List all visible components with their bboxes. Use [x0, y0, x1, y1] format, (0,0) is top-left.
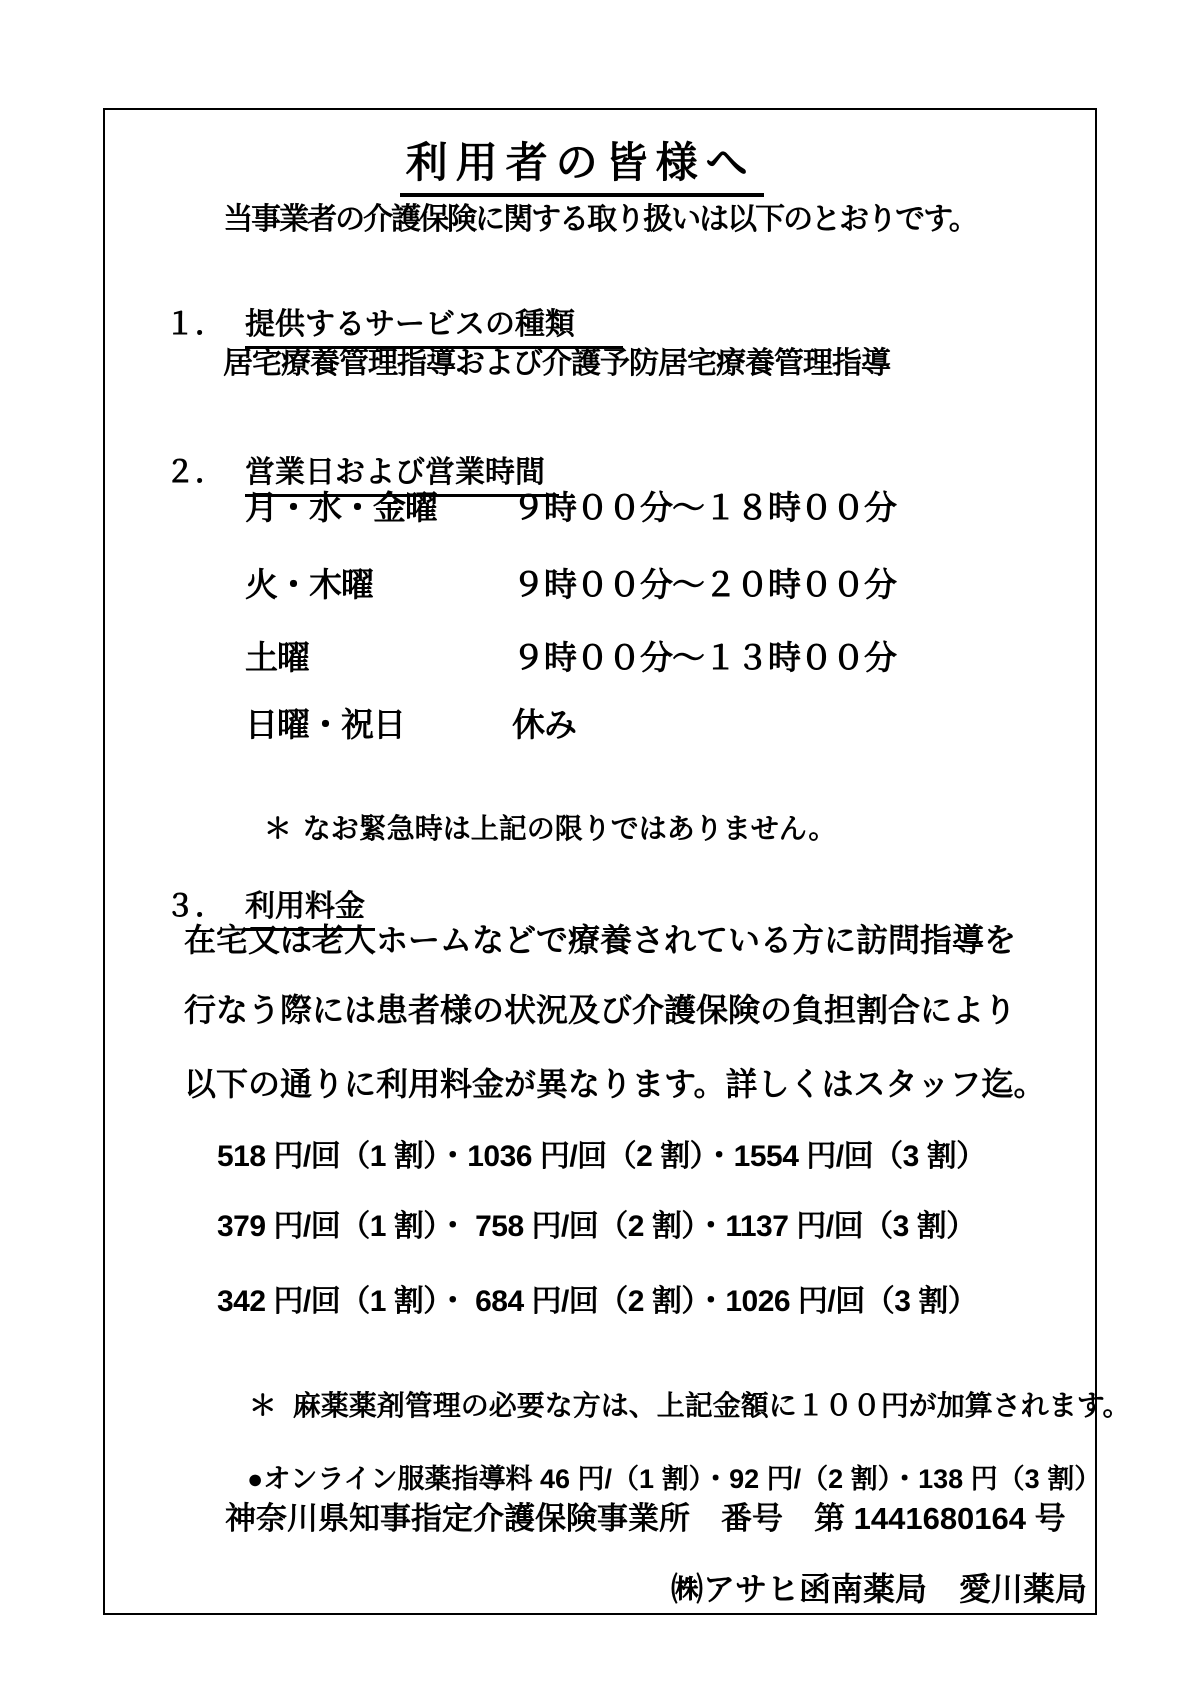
section-1-number: １．	[165, 308, 225, 341]
company-signature: ㈱アサヒ函南薬局 愛川薬局	[671, 1572, 1087, 1607]
bullet-icon: ●	[247, 1464, 263, 1494]
emergency-note: なお緊急時は上記の限りではありません。	[303, 813, 837, 844]
intro-text: 当事業者の介護保険に関する取り扱いは以下のとおりです。	[105, 203, 1095, 236]
asterisk-icon: ＊	[249, 1390, 277, 1421]
section-1-heading: 提供するサービスの種類	[245, 308, 623, 349]
schedule-hours: ９時００分～２０時００分	[512, 567, 896, 603]
section-3-number: ３．	[165, 890, 225, 923]
schedule-hours: ９時００分～１３時００分	[512, 640, 896, 676]
page-border: 利用者の皆様へ 当事業者の介護保険に関する取り扱いは以下のとおりです。 １．提供…	[103, 108, 1097, 1615]
schedule-days: 日曜・祝日	[245, 707, 512, 743]
schedule-days: 火・木曜	[245, 567, 512, 603]
fee-paragraph-line: 在宅又は老人ホームなどで療養されている方に訪問指導を	[184, 923, 1016, 958]
asterisk-icon: ＊	[264, 813, 292, 844]
online-guidance-text: オンライン服薬指導料 46 円/（1 割）・92 円/（2 割）・138 円（3…	[263, 1464, 1101, 1494]
schedule-row: 火・木曜９時００分～２０時００分	[245, 567, 896, 603]
narcotics-note: 麻薬薬剤管理の必要な方は、上記金額に１００円が加算されます。	[293, 1390, 1131, 1421]
fee-paragraph-line: 以下の通りに利用料金が異なります。詳しくはスタッフ迄。	[184, 1067, 1045, 1102]
schedule-days: 月・水・金曜	[245, 490, 512, 526]
section-2-number: ２．	[165, 456, 225, 489]
schedule-row: 月・水・金曜９時００分～１８時００分	[245, 490, 896, 526]
fee-line: 342 円/回（1 割）・ 684 円/回（2 割）・1026 円/回（3 割）	[217, 1285, 977, 1318]
service-description: 居宅療養管理指導および介護予防居宅療養管理指導	[223, 347, 890, 380]
registration-number: 神奈川県知事指定介護保険事業所 番号 第 1441680164 号	[225, 1502, 1066, 1536]
title-row: 利用者の皆様へ	[373, 122, 764, 214]
fee-paragraph-line: 行なう際には患者様の状況及び介護保険の負担割合により	[184, 993, 1016, 1028]
schedule-days: 土曜	[245, 640, 512, 676]
schedule-row: 日曜・祝日休み	[245, 707, 576, 743]
schedule-row: 土曜９時００分～１３時００分	[245, 640, 896, 676]
schedule-hours: ９時００分～１８時００分	[512, 490, 896, 526]
fee-line: 518 円/回（1 割）・1036 円/回（2 割）・1554 円/回（3 割）	[217, 1140, 986, 1173]
notice-page: 利用者の皆様へ 当事業者の介護保険に関する取り扱いは以下のとおりです。 １．提供…	[0, 0, 1190, 1683]
fee-line: 379 円/回（1 割）・ 758 円/回（2 割）・1137 円/回（3 割）	[217, 1210, 976, 1243]
page-title: 利用者の皆様へ	[400, 140, 764, 197]
schedule-hours: 休み	[512, 707, 576, 743]
